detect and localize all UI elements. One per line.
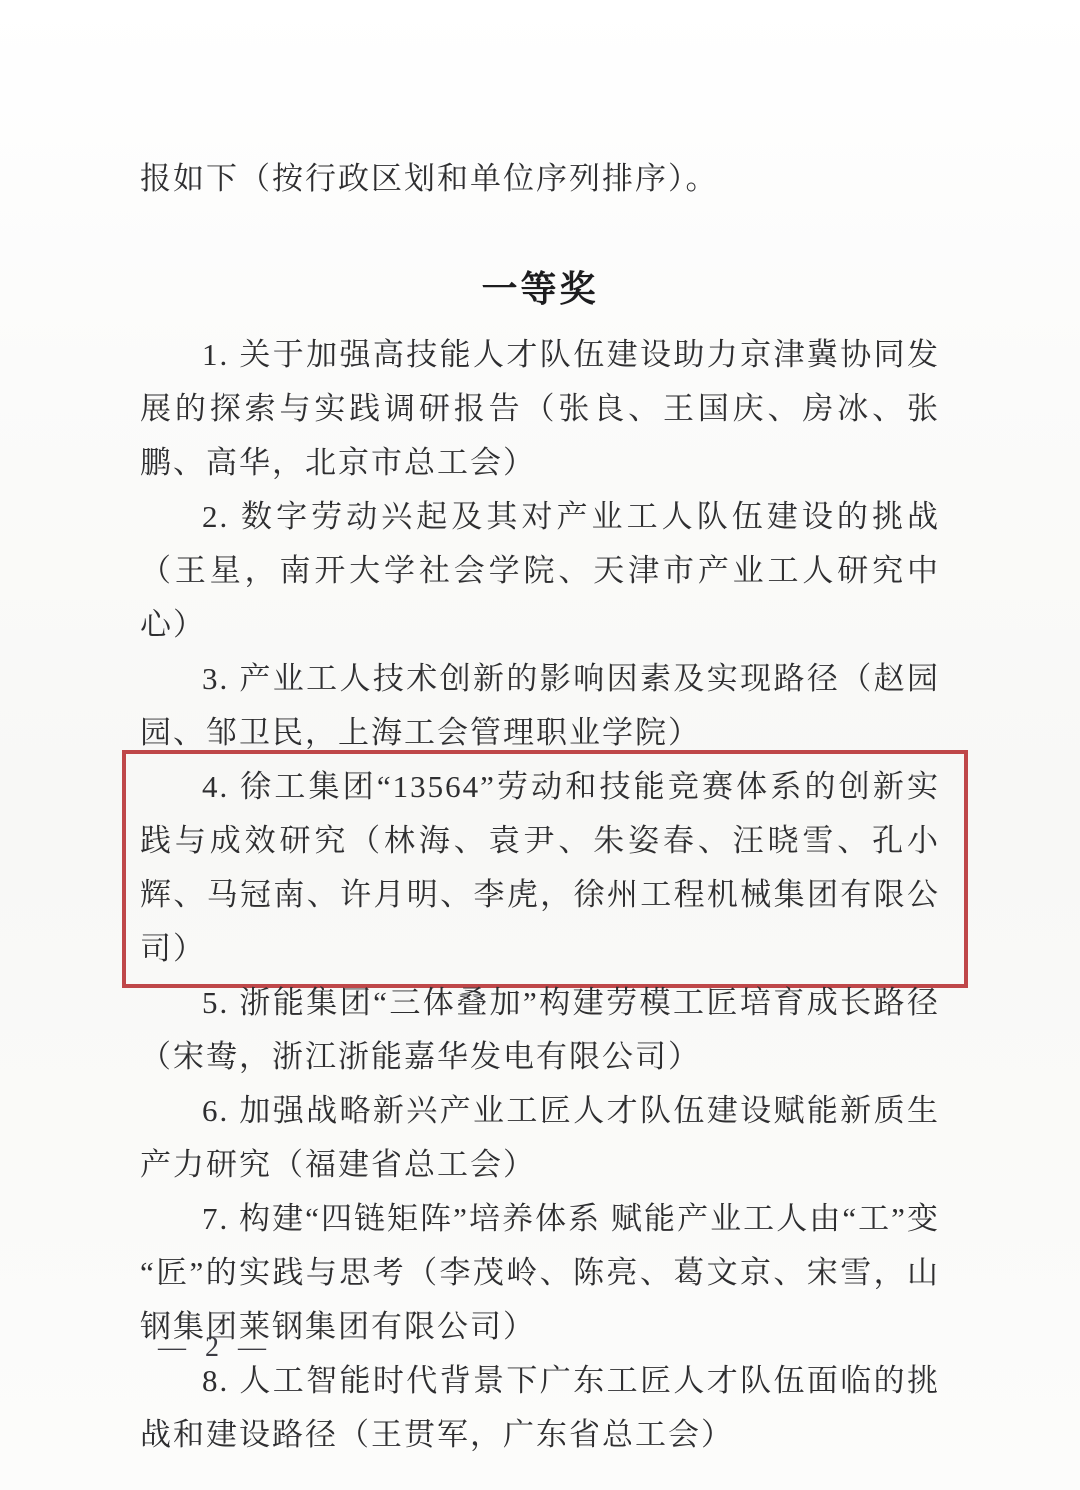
document-page: 报如下（按行政区划和单位序列排序）。 一等奖 1. 关于加强高技能人才队伍建设助… — [0, 0, 1080, 1490]
award-entry-1: 1. 关于加强高技能人才队伍建设助力京津冀协同发展的探索与实践调研报告（张良、王… — [140, 328, 940, 490]
award-entry-2: 2. 数字劳动兴起及其对产业工人队伍建设的挑战（王星，南开大学社会学院、天津市产… — [140, 490, 940, 652]
highlight-box: 4. 徐工集团“13564”劳动和技能竞赛体系的创新实践与成效研究（林海、袁尹、… — [122, 750, 968, 988]
document-content: 报如下（按行政区划和单位序列排序）。 一等奖 1. 关于加强高技能人才队伍建设助… — [0, 0, 1080, 1462]
award-entry-3: 3. 产业工人技术创新的影响因素及实现路径（赵园园、邹卫民，上海工会管理职业学院… — [140, 652, 940, 760]
section-heading-first-prize: 一等奖 — [140, 262, 940, 316]
award-entry-8: 8. 人工智能时代背景下广东工匠人才队伍面临的挑战和建设路径（王贯军，广东省总工… — [140, 1354, 940, 1462]
award-entry-5: 5. 浙能集团“三体叠加”构建劳模工匠培育成长路径（宋鸯，浙江浙能嘉华发电有限公… — [140, 976, 940, 1084]
intro-paragraph: 报如下（按行政区划和单位序列排序）。 — [140, 152, 940, 206]
award-entry-6: 6. 加强战略新兴产业工匠人才队伍建设赋能新质生产力研究（福建省总工会） — [140, 1084, 940, 1192]
page-number: — 2 — — [158, 1332, 272, 1364]
award-entry-7: 7. 构建“四链矩阵”培养体系 赋能产业工人由“工”变“匠”的实践与思考（李茂岭… — [140, 1192, 940, 1354]
award-entry-4-highlighted: 4. 徐工集团“13564”劳动和技能竞赛体系的创新实践与成效研究（林海、袁尹、… — [140, 760, 940, 976]
